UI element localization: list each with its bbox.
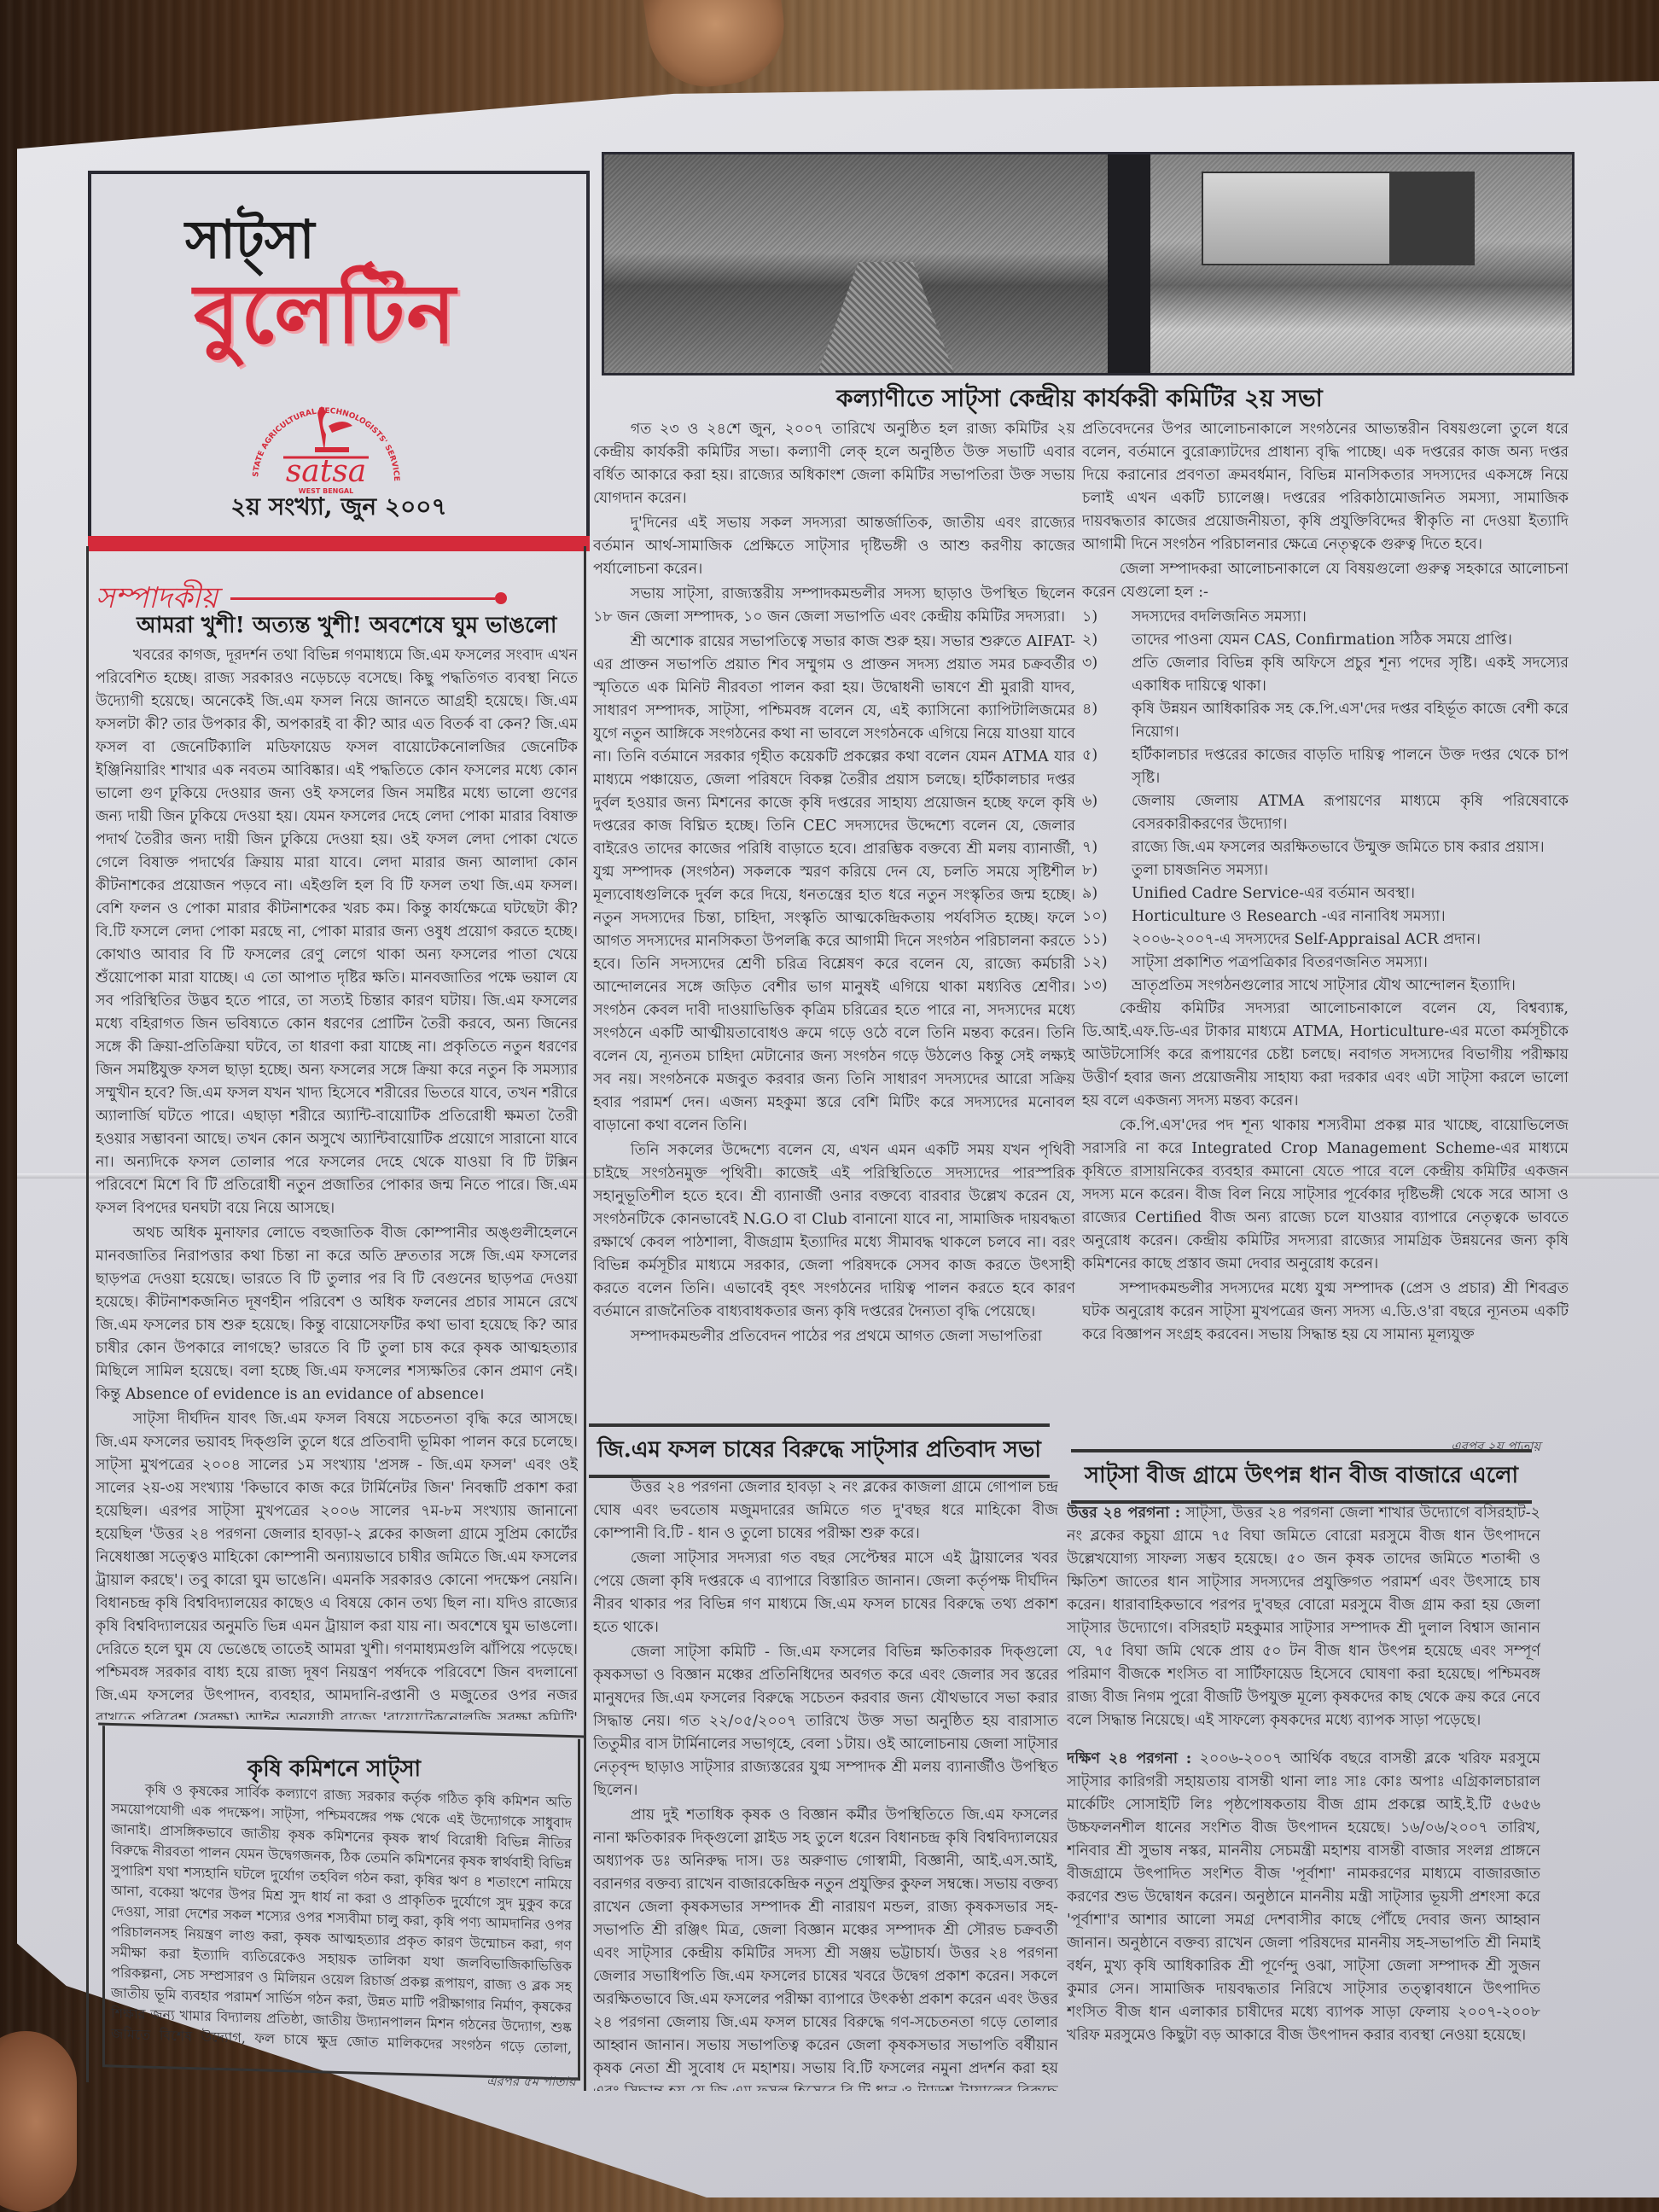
dark-panel bbox=[1389, 172, 1475, 265]
seed-south-paragraph: দক্ষিণ ২৪ পরগনা : ২০০৬-২০০৭ আর্থিক বছরে … bbox=[1067, 1748, 1540, 2047]
gm-paragraph: জেলা সাট্‌সার সদস্যরা গত বছর সেপ্টেম্বর … bbox=[593, 1547, 1058, 1639]
lead-paragraph: সভায় সাট্‌সা, রাজ্যস্তরীয় সম্পাদকমন্ডল… bbox=[593, 583, 1075, 629]
krishi-commission-body: কৃষি ও কৃষকের সার্বিক কল্যাণে রাজ্য সরকা… bbox=[111, 1778, 572, 2058]
issue-item: ১০)Horticulture ও Research -এর নানাবিধ স… bbox=[1082, 905, 1569, 928]
lead-story-col2: প্রতিবেদনের উপর আলোচনাকালে সংগঠনের আভ্যন… bbox=[1082, 418, 1569, 1442]
krishi-continued-note: এরপর ৫ম পাতায় bbox=[486, 2072, 576, 2093]
lead-paragraph: কে.পি.এস'দের পদ শূন্য থাকায় শস্যবীমা প্… bbox=[1082, 1115, 1569, 1276]
gm-protest-body: উত্তর ২৪ পরগনা জেলার হাবড়া ২ নং ব্লকের … bbox=[593, 1476, 1058, 2091]
seed-story-body: উত্তর ২৪ পরগনা : সাট্‌সা, উত্তর ২৪ পরগনা… bbox=[1067, 1502, 1540, 2099]
editorial-box-left-border bbox=[86, 546, 89, 2082]
issue-item: ২)তাদের পাওনা যেমন CAS, Confirmation সঠি… bbox=[1082, 629, 1569, 652]
lead-paragraph: তিনি সকলের উদ্দেশ্যে বলেন যে, এখন এমন এক… bbox=[593, 1139, 1075, 1324]
lead-story-col1: গত ২৩ ও ২৪শে জুন, ২০০৭ তারিখে অনুষ্ঠিত হ… bbox=[593, 418, 1075, 1412]
svg-text:satsa: satsa bbox=[286, 454, 366, 489]
masthead-red-bar bbox=[88, 536, 590, 551]
gm-protest-headline: জি.এম ফসল চাষের বিরুদ্ধে সাট্‌সার প্রতিব… bbox=[589, 1423, 1050, 1478]
issue-item: ৯)Unified Cadre Service-এর বর্তমান অবস্থ… bbox=[1082, 882, 1569, 905]
editorial-body: খবরের কাগজ, দূরদর্শন তথা বিভিন্ন গণমাধ্য… bbox=[96, 644, 578, 1720]
column-rule-left bbox=[584, 546, 586, 2091]
holding-finger-left bbox=[0, 2031, 77, 2212]
issue-item: ৩)প্রতি জেলার বিভিন্ন কৃষি অফিসে প্রচুর … bbox=[1082, 652, 1569, 698]
gm-paragraph: উত্তর ২৪ পরগনা জেলার হাবড়া ২ নং ব্লকের … bbox=[593, 1476, 1058, 1545]
issue-item: ৫)হর্টিকালচার দপ্তরের কাজের বাড়তি দায়ি… bbox=[1082, 744, 1569, 790]
lead-story-headline: কল্যাণীতে সাট্‌সা কেন্দ্রীয় কার্যকরী কম… bbox=[836, 380, 1323, 420]
lead-paragraph: সম্পাদকমন্ডলীর প্রতিবেদন পাঠের পর প্রথমে… bbox=[593, 1325, 1075, 1348]
issue-item: ১১)২০০৬-২০০৭-এ সদস্যদের Self-Appraisal A… bbox=[1082, 928, 1569, 952]
issue-item: ১)সদস্যদের বদলিজনিত সমস্যা। bbox=[1082, 606, 1569, 629]
masthead: সাট্‌সা বুলেটিন STATE AGRICULTURAL TECHN… bbox=[88, 171, 590, 539]
issue-item: ১৩)ভ্রাতৃপ্রতিম সংগঠনগুলোর সাথে সাট্‌সার… bbox=[1082, 975, 1569, 998]
issue-number-date: ২য় সংখ্যা, জুন ২০০৭ bbox=[91, 488, 586, 528]
issues-list: ১)সদস্যদের বদলিজনিত সমস্যা। ২)তাদের পাওন… bbox=[1082, 606, 1569, 998]
lead-paragraph: শ্রী অশোক রায়ের সভাপতিত্বে সভার কাজ শুর… bbox=[593, 631, 1075, 1138]
lead-paragraph: দু'দিনের এই সভায় সকল সদস্যরা আন্তর্জাতি… bbox=[593, 512, 1075, 581]
satsa-logo-icon: STATE AGRICULTURAL TECHNOLOGISTS' SERVIC… bbox=[236, 387, 416, 498]
issue-item: ৭)রাজ্যে জি.এম ফসলের অরক্ষিতভাবে উন্মুক্… bbox=[1082, 836, 1569, 859]
seed-north-paragraph: উত্তর ২৪ পরগনা : সাট্‌সা, উত্তর ২৪ পরগনা… bbox=[1067, 1502, 1540, 1732]
meeting-dais-photo bbox=[1150, 154, 1572, 373]
editorial-rule bbox=[230, 597, 495, 600]
seed-story-headline: সাট্‌সা বীজ গ্রামে উৎপন্ন ধান বীজ বাজারে… bbox=[1071, 1449, 1532, 1504]
krishi-commission-text: কৃষি ও কৃষকের সার্বিক কল্যাণে রাজ্য সরকা… bbox=[111, 1778, 572, 2058]
issue-item: ১২)সাট্‌সা প্রকাশিত পত্রপত্রিকার বিতরণজন… bbox=[1082, 952, 1569, 975]
editorial-paragraph: অথচ অধিক মুনাফার লোভে বহুজাতিক বীজ কোম্প… bbox=[96, 1222, 578, 1406]
lead-paragraph: গত ২৩ ও ২৪শে জুন, ২০০৭ তারিখে অনুষ্ঠিত হ… bbox=[593, 418, 1075, 510]
meeting-hall-photo bbox=[604, 154, 1108, 373]
gm-paragraph: জেলা সাট্‌সা কমিটি - জি.এম ফসলের বিভিন্ন… bbox=[593, 1641, 1058, 1802]
lead-paragraph: প্রতিবেদনের উপর আলোচনাকালে সংগঠনের আভ্যন… bbox=[1082, 418, 1569, 556]
editorial-dot bbox=[495, 592, 507, 604]
editorial-paragraph: সাট্‌সা দীর্ঘদিন যাবৎ জি.এম ফসল বিষয়ে স… bbox=[96, 1408, 578, 1720]
issue-item: ৪)কৃষি উন্নয়ন আধিকারিক সহ কে.পি.এস'দের … bbox=[1082, 698, 1569, 744]
issue-item: ৮)তুলা চাষজনিত সমস্যা। bbox=[1082, 859, 1569, 882]
editorial-headline: আমরা খুশী! অত্যন্ত খুশী! অবশেষে ঘুম ভাঙল… bbox=[137, 608, 556, 645]
editorial-paragraph: খবরের কাগজ, দূরদর্শন তথা বিভিন্ন গণমাধ্য… bbox=[96, 644, 578, 1220]
gm-paragraph: প্রায় দুই শতাধিক কৃষক ও বিজ্ঞান কর্মীর … bbox=[593, 1804, 1058, 2091]
lead-paragraph: জেলা সম্পাদকরা আলোচনাকালে যে বিষয়গুলো গ… bbox=[1082, 558, 1569, 604]
issue-item: ৬)জেলায় জেলায় ATMA রূপায়ণের মাধ্যমে ক… bbox=[1082, 790, 1569, 836]
photo-divider bbox=[1108, 154, 1150, 373]
lead-paragraph: সম্পাদকমন্ডলীর সদস্যদের মধ্যে যুগ্ম সম্প… bbox=[1082, 1278, 1569, 1347]
lead-paragraph: কেন্দ্রীয় কমিটির সদস্যরা আলোচনাকালে বলে… bbox=[1082, 998, 1569, 1113]
masthead-title-line2: বুলেটিন bbox=[194, 251, 457, 388]
lead-story-photos bbox=[602, 152, 1575, 375]
